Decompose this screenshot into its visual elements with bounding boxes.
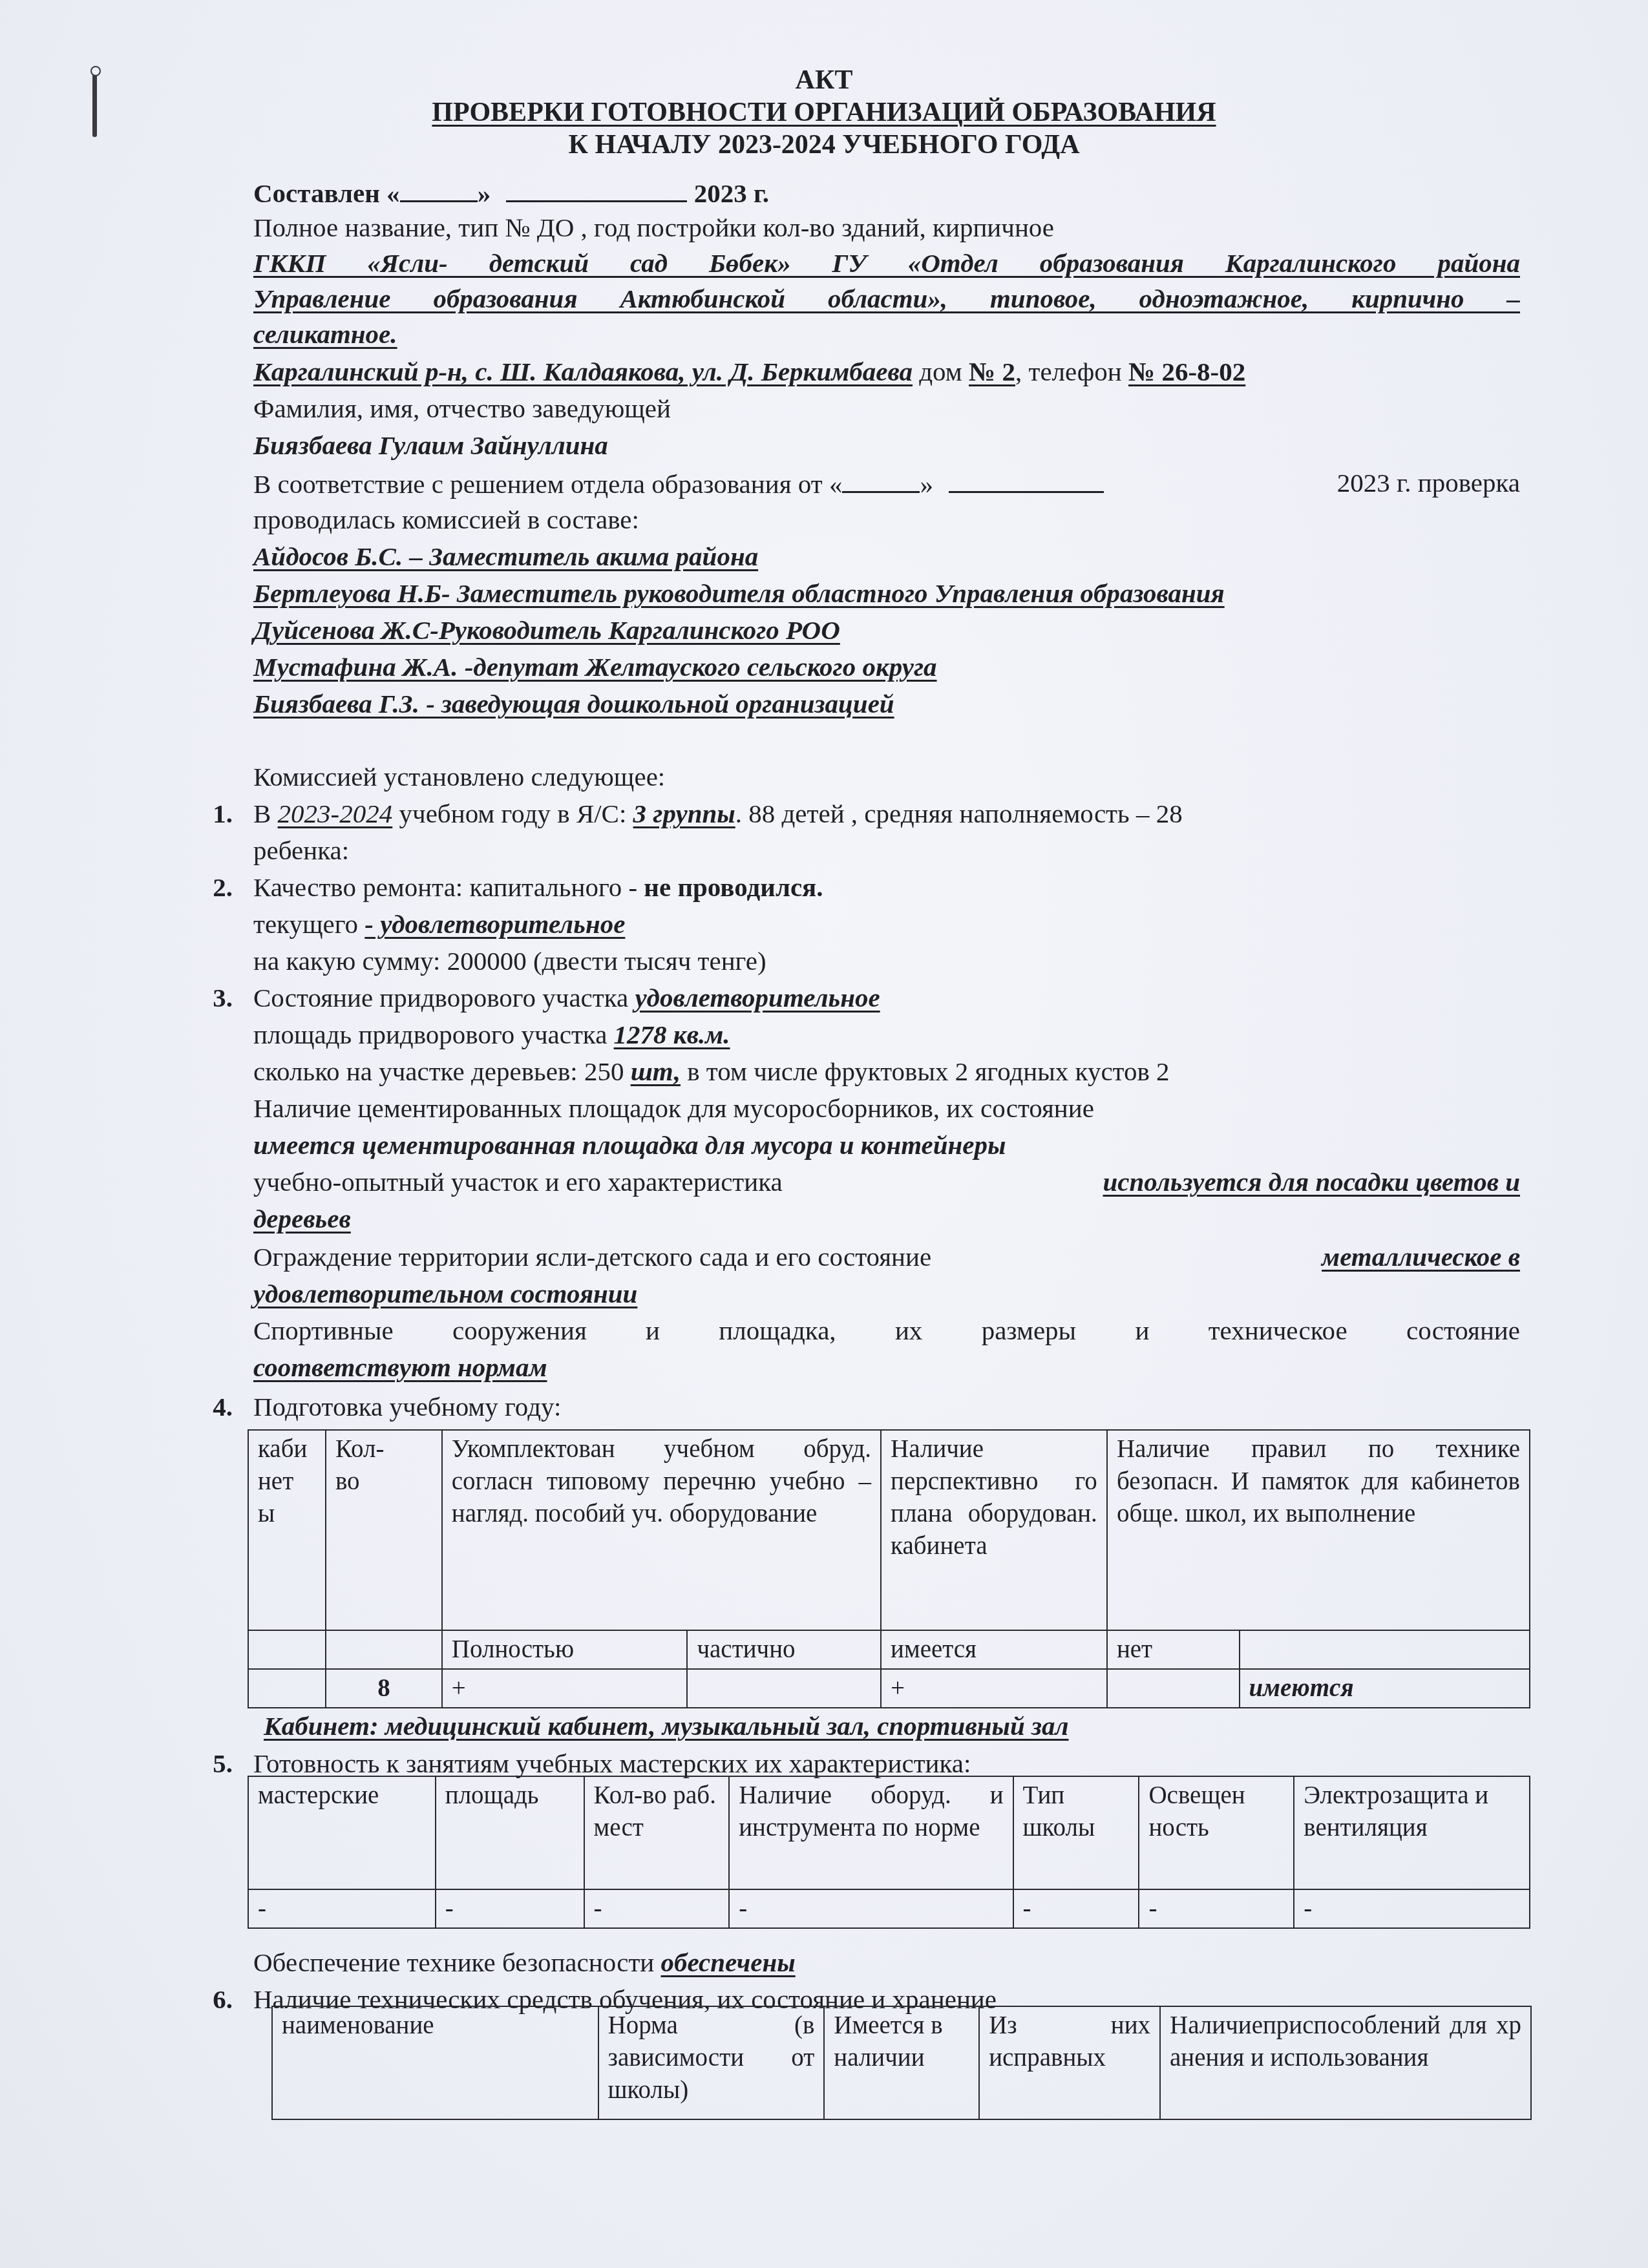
decision-month-blank [949,465,1104,493]
item-3-fence: Ограждение территории ясли-детского сада… [253,1239,1520,1274]
table-cell: - [584,1889,730,1928]
col-plan: Наличие перспективно го плана оборудован… [881,1430,1107,1630]
commission-member: Бертлеуова Н.Б- Заместитель руководителя… [253,576,1225,611]
item-number: 3. [194,980,233,1015]
address-line: Каргалинский р-н, с. Ш. Калдаякова, ул. … [253,354,1245,389]
item-3-fence-2: удовлетворительном состоянии [253,1276,637,1311]
header-available: Имеется в наличии [824,2006,979,2119]
decision-day-blank [842,465,920,493]
subcol-partially: частично [687,1630,881,1669]
table-cell: - [729,1889,1013,1928]
cell-count: 8 [326,1669,442,1708]
cell-plan-has: + [881,1669,1107,1708]
item-number: 1. [194,796,233,831]
cell-rules: имеются [1240,1669,1530,1708]
col-cabinets: каби нет ы [248,1430,326,1630]
item-3-line: Состояние придворового участка удовлетво… [253,980,880,1015]
cell-fully: + [442,1669,688,1708]
col-equipped: Укомплектован учебном обруд. согласн тип… [442,1430,881,1630]
commission-member: Биязбаева Г.З. - заведующая дошкольной о… [253,686,894,721]
header-name: наименование [272,2006,598,2119]
head-name: Биязбаева Гулаим Зайнуллина [253,428,608,463]
item-3-waste-value: имеется цементированная площадка для мус… [253,1128,1006,1162]
table-cell: - [1294,1889,1530,1928]
item-3-plot-2: деревьев [253,1201,351,1236]
header-equipment: Наличие оборуд. и инструмента по норме [729,1776,1013,1889]
item-3-plot: учебно-опытный участок и его характерист… [253,1164,1520,1199]
subcol-has: имеется [881,1630,1107,1669]
table-cell: - [1013,1889,1139,1928]
subcol-fully: Полностью [442,1630,688,1669]
item-3-trees: сколько на участке деревьев: 250 шт, в т… [253,1054,1170,1089]
table-cell: - [436,1889,584,1928]
full-name-label: Полное название, тип № ДО , год постройк… [253,210,1054,245]
day-blank [400,174,478,202]
header-area: площадь [436,1776,584,1889]
item-number: 5. [194,1746,233,1781]
item-3-area: площадь придворового участка 1278 кв.м. [253,1017,730,1052]
item-4-note: Кабинет: медицинский кабинет, музыкальны… [264,1708,1069,1743]
subcol-rules [1240,1630,1530,1669]
doc-title: АКТ [0,63,1648,97]
month-blank [506,174,687,202]
item-4-label: Подготовка учебному году: [253,1389,561,1424]
item-1-line-2: ребенка: [253,833,349,868]
item-2-line-3: на какую сумму: 200000 (двести тысяч тен… [253,943,766,978]
commission-member: Мустафина Ж.А. -депутат Желтауского сель… [253,649,937,684]
head-label: Фамилия, имя, отчество заведующей [253,391,671,426]
commission-member: Дуйсенова Ж.С-Руководитель Каргалинского… [253,613,840,647]
commission-member: Айдосов Б.С. – Заместитель акима района [253,539,758,574]
cell-cabinets [248,1669,326,1708]
col-rules: Наличие правил по технике безопасн. И па… [1107,1430,1530,1630]
item-number: 2. [194,870,233,905]
safety-line: Обеспечение технике безопасности обеспеч… [253,1945,796,1980]
header-working: Из них исправных [979,2006,1160,2119]
equipment-table: каби нет ы Кол- во Укомплектован учебном… [248,1429,1530,1708]
header-electrical: Электрозащита и вентиляция [1294,1776,1530,1889]
item-number: 6. [194,1982,233,2017]
item-3-sport: Спортивные сооружения и площадка, их раз… [253,1313,1520,1348]
findings-label: Комиссией установлено следующее: [253,759,665,794]
decision-line: В соответствие с решением отдела образов… [253,465,1520,501]
cell-partially [687,1669,881,1708]
scanned-page: АКТ ПРОВЕРКИ ГОТОВНОСТИ ОРГАНИЗАЦИЙ ОБРА… [0,0,1648,2268]
item-1-line: В 2023-2024 учебном году в Я/С: 3 группы… [253,796,1183,831]
header-school-type: Тип школы [1013,1776,1139,1889]
org-name-line-2: Управление образования Актюбинской облас… [253,281,1520,316]
header-lighting: Освещен ность [1139,1776,1294,1889]
item-2-line-2: текущего - удовлетворительное [253,907,625,941]
col-count: Кол- во [326,1430,442,1630]
table-cell: - [248,1889,436,1928]
item-3-waste-label: Наличие цементированных площадок для мус… [253,1091,1094,1126]
teaching-aids-table: наименование Норма (в зависимости от шко… [271,2006,1532,2120]
table-cell: - [1139,1889,1294,1928]
item-2-line: Качество ремонта: капитального - не пров… [253,870,823,905]
composed-date-line: Составлен «» 2023 г. [253,174,769,211]
item-number: 4. [194,1389,233,1424]
header-norm: Норма (в зависимости от школы) [598,2006,825,2119]
header-workshops: мастерские [248,1776,436,1889]
doc-subtitle-1: ПРОВЕРКИ ГОТОВНОСТИ ОРГАНИЗАЦИЙ ОБРАЗОВА… [0,96,1648,129]
workshops-table: мастерские площадь Кол-во раб. мест Нали… [248,1776,1530,1929]
decision-line-2: проводилась комиссией в составе: [253,502,639,537]
doc-subtitle-2: К НАЧАЛУ 2023-2024 УЧЕБНОГО ГОДА [0,128,1648,162]
item-3-sport-value: соответствуют нормам [253,1350,547,1385]
org-name-line-1: ГККП «Ясли- детский сад Бөбек» ГУ «Отдел… [253,246,1520,280]
org-name-line-3: селикатное. [253,317,397,352]
subcol-no: нет [1107,1630,1240,1669]
header-storage: Наличиеприспособлений для хранения и исп… [1160,2006,1531,2119]
cell-plan-no [1107,1669,1240,1708]
header-workplaces: Кол-во раб. мест [584,1776,730,1889]
